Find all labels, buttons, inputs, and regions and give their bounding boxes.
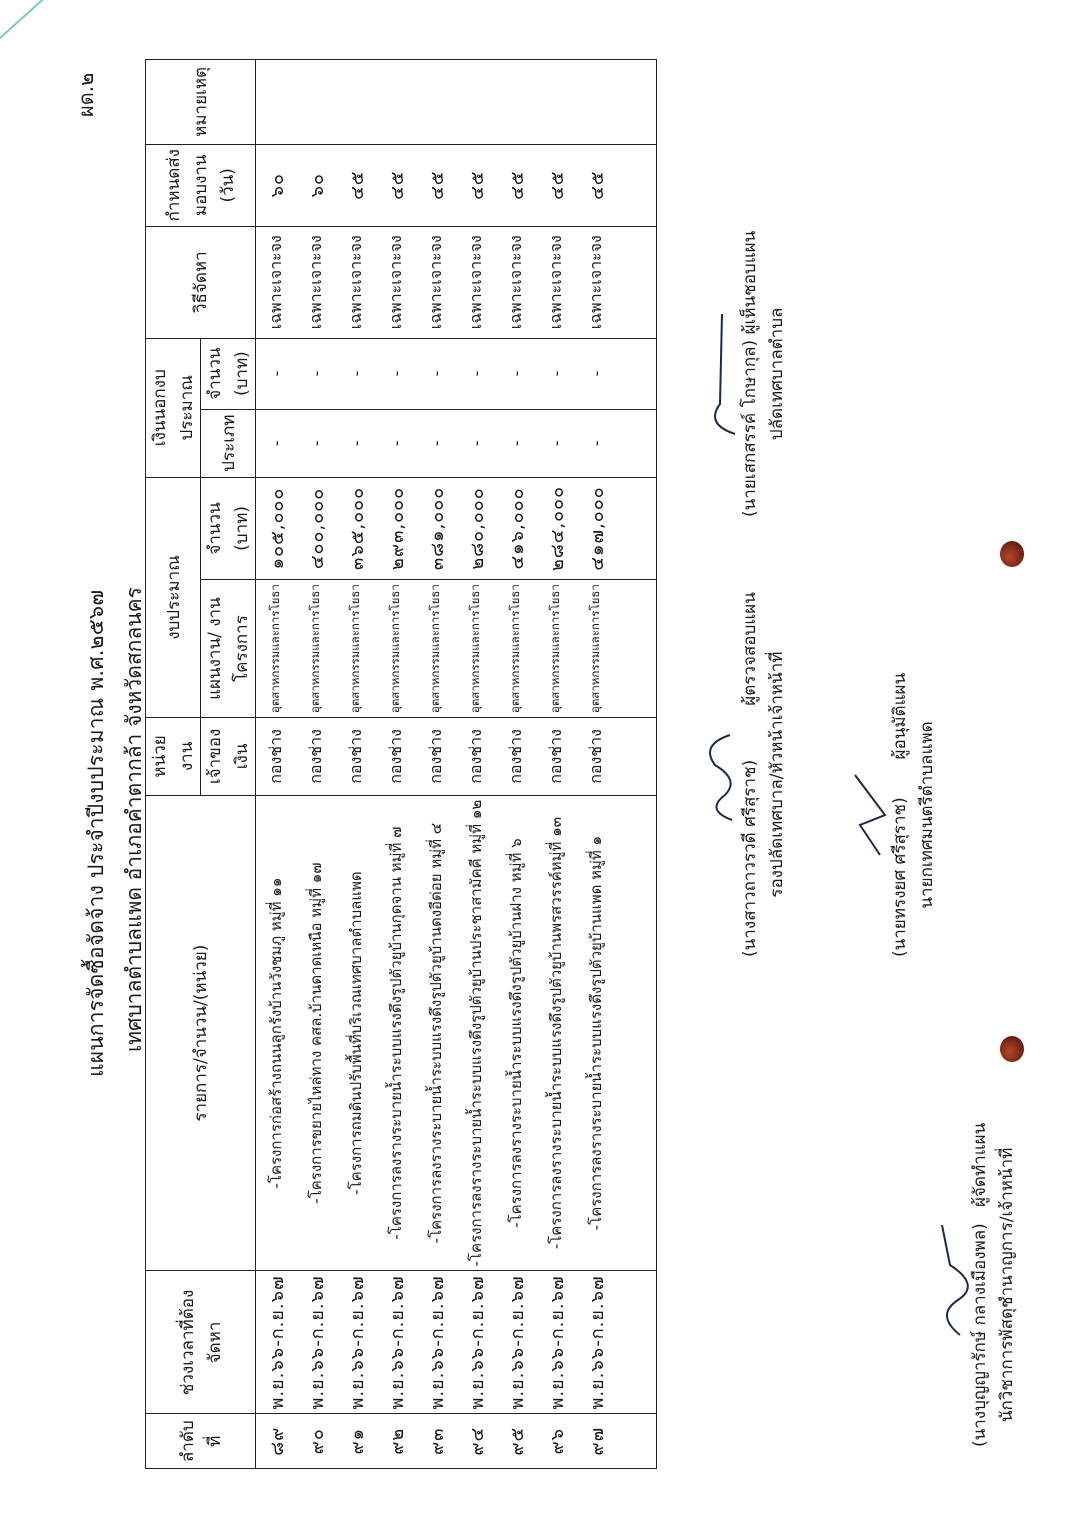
cell-no: ๙๖ [536,1414,576,1469]
cell-method: เฉพาะเจาะจง [376,226,416,338]
header-method: วิธีจัดหา [146,226,256,338]
cell-owner: กองช่าง [296,718,336,796]
cell-item: -โครงการลงรางระบายน้ำระบบแรงดึงรูปตัวยูบ… [456,795,496,1271]
table-row: ๙๕พ.ย.๖๖-ก.ย.๖๗-โครงการลงรางระบายน้ำระบบ… [496,60,536,1469]
cell-plan: อุตสาหกรรมและการโยธา [336,580,376,718]
signature-scribble [930,1123,966,1447]
cell-remark [416,60,456,145]
cell-period: พ.ย.๖๖-ก.ย.๖๗ [496,1271,536,1414]
signature-block-approver-of-plan: (นายเสกสรรค์ โกษากุล) ผู้เห็นชอบแผน ปลัด… [700,231,790,517]
cell-nb-amount: - [256,338,297,409]
cell-nb-amount: - [496,338,536,409]
header-owner: เจ้าของเงิน [201,718,256,796]
signature-scribble [700,592,736,957]
cell-no: ๙๒ [376,1414,416,1469]
header-no: ลำดับที่ [146,1414,256,1469]
cell-remark [576,60,616,145]
cell-amount: ๔๑๖,๐๐๐ [496,477,536,579]
header-remark: หมายเหตุ [146,60,256,145]
cell-owner: กองช่าง [576,718,616,796]
table-row: ๙๗พ.ย.๖๖-ก.ย.๖๗-โครงการลงรางระบายน้ำระบบ… [576,60,616,1469]
cell-remark [536,60,576,145]
cell-owner: กองช่าง [456,718,496,796]
form-code: ผด.๒ [70,73,102,117]
header-period: ช่วงเวลาที่ต้องจัดหา [146,1271,256,1414]
cell-plan: อุตสาหกรรมและการโยธา [536,580,576,718]
cell-no: ๙๓ [416,1414,456,1469]
cell-item: -โครงการลงรางระบายน้ำระบบแรงดึงรูปตัวยูบ… [376,795,416,1271]
cell-period: พ.ย.๖๖-ก.ย.๖๗ [256,1271,297,1414]
cell-nb-amount: - [456,338,496,409]
wax-seal-icon [1000,541,1024,567]
cell-period: พ.ย.๖๖-ก.ย.๖๗ [416,1271,456,1414]
cell-method: เฉพาะเจาะจง [576,226,616,338]
cell-remark [296,60,336,145]
header-type: ประเภท [201,409,256,477]
procurement-table: ลำดับที่ ช่วงเวลาที่ต้องจัดหา รายการ/จำน… [145,59,657,1469]
cell-remark [256,60,297,145]
cell-nb-amount: - [376,338,416,409]
table-row: ๙๒พ.ย.๖๖-ก.ย.๖๗-โครงการลงรางระบายน้ำระบบ… [376,60,416,1469]
signature-scribble [700,231,736,517]
cell-period: พ.ย.๖๖-ก.ย.๖๗ [576,1271,616,1414]
cell-item: -โครงการลงรางระบายน้ำระบบแรงดึงรูปตัวยูบ… [536,795,576,1271]
header-delivery: กำหนดส่งมอบงาน (วัน) [146,144,256,226]
cell-amount: ๒๘๐,๐๐๐ [456,477,496,579]
cell-amount: ๒๘๔,๐๐๐ [536,477,576,579]
cell-item: -โครงการขยายไหล่ทาง คสล.บ้านดาดเหนือ หมู… [296,795,336,1271]
signature-block-reviewer: (นางสาวถาวรวดี ศรีสุราช) ผู้ตรวจสอบแผน ร… [700,592,790,957]
header-budget-group: งบประมาณ [146,477,201,717]
header-item: รายการ/จำนวน/(หน่วย) [146,795,256,1271]
cell-owner: กองช่าง [536,718,576,796]
cell-type: - [496,409,536,477]
cell-item: -โครงการลงรางระบายน้ำระบบแรงดึงรูปตัวยูบ… [416,795,456,1271]
cell-method: เฉพาะเจาะจง [256,226,297,338]
cell-owner: กองช่าง [496,718,536,796]
cell-owner: กองช่าง [336,718,376,796]
cell-plan: อุตสาหกรรมและการโยธา [416,580,456,718]
cell-delivery: ๔๕ [376,144,416,226]
cell-owner: กองช่าง [256,718,297,796]
cell-type: - [536,409,576,477]
cell-amount: ๔๑๗,๐๐๐ [576,477,616,579]
cell-nb-amount: - [416,338,456,409]
table-row: ๙๑พ.ย.๖๖-ก.ย.๖๗-โครงการถมดินปรับพื้นที่บ… [336,60,376,1469]
signature-block-authorizer: (นายทรงยศ ศรีสุราช) ผู้อนุมัติแผน นายกเท… [850,673,940,957]
cell-type: - [296,409,336,477]
cell-nb-amount: - [536,338,576,409]
cell-method: เฉพาะเจาะจง [336,226,376,338]
cell-item: -โครงการก่อสร้างถนนลูกรังบ้านวังชมภู หมู… [256,795,297,1271]
cell-delivery: ๖๐ [256,144,297,226]
cell-delivery: ๔๕ [536,144,576,226]
cell-type: - [416,409,456,477]
table-body: ๘๙พ.ย.๖๖-ก.ย.๖๗-โครงการก่อสร้างถนนลูกรัง… [256,60,657,1469]
table-row: ๙๖พ.ย.๖๖-ก.ย.๖๗-โครงการลงรางระบายน้ำระบบ… [536,60,576,1469]
table-row-empty [616,60,657,1469]
cell-delivery: ๔๕ [456,144,496,226]
cell-period: พ.ย.๖๖-ก.ย.๖๗ [456,1271,496,1414]
cell-delivery: ๖๐ [296,144,336,226]
cell-remark [496,60,536,145]
cell-plan: อุตสาหกรรมและการโยธา [456,580,496,718]
cell-owner: กองช่าง [376,718,416,796]
cell-no: ๙๑ [336,1414,376,1469]
cell-item: -โครงการถมดินปรับพื้นที่บริเวณเทศบาลตำบล… [336,795,376,1271]
cell-delivery: ๔๕ [576,144,616,226]
cell-plan: อุตสาหกรรมและการโยธา [576,580,616,718]
cell-plan: อุตสาหกรรมและการโยธา [376,580,416,718]
cell-owner: กองช่าง [416,718,456,796]
cell-remark [376,60,416,145]
cell-no: ๙๐ [296,1414,336,1469]
table-row: ๙๐พ.ย.๖๖-ก.ย.๖๗-โครงการขยายไหล่ทาง คสล.บ… [296,60,336,1469]
table-row: ๙๔พ.ย.๖๖-ก.ย.๖๗-โครงการลงรางระบายน้ำระบบ… [456,60,496,1469]
cell-type: - [256,409,297,477]
header-plan: แผนงาน/ งานโครงการ [201,580,256,718]
cell-amount: ๓๘๑,๐๐๐ [416,477,456,579]
cell-type: - [336,409,376,477]
cell-method: เฉพาะเจาะจง [536,226,576,338]
cell-item: -โครงการลงรางระบายน้ำระบบแรงดึงรูปตัวยูบ… [576,795,616,1271]
cell-delivery: ๔๕ [496,144,536,226]
cell-method: เฉพาะเจาะจง [296,226,336,338]
cell-method: เฉพาะเจาะจง [496,226,536,338]
cell-item: -โครงการลงรางระบายน้ำระบบแรงดึงรูปตัวยูบ… [496,795,536,1271]
wax-seal-icon [1000,1036,1024,1062]
cell-remark [456,60,496,145]
cell-period: พ.ย.๖๖-ก.ย.๖๗ [296,1271,336,1414]
header-nb-amount: จำนวน (บาท) [201,338,256,409]
header-nonbudget-group: เงินนอกงบประมาณ [146,338,201,477]
cell-nb-amount: - [296,338,336,409]
cell-plan: อุตสาหกรรมและการโยธา [256,580,297,718]
cell-type: - [376,409,416,477]
cell-amount: ๔๐๐,๐๐๐ [296,477,336,579]
cell-no: ๘๙ [256,1414,297,1469]
document-title: แผนการจัดซื้อจัดจ้าง ประจำปีงบประมาณ พ.ศ… [80,590,113,1077]
cell-plan: อุตสาหกรรมและการโยธา [496,580,536,718]
cell-amount: ๓๖๕,๐๐๐ [336,477,376,579]
cell-period: พ.ย.๖๖-ก.ย.๖๗ [336,1271,376,1414]
signature-scribble [850,673,886,957]
header-amount: จำนวน (บาท) [201,477,256,579]
cell-method: เฉพาะเจาะจง [456,226,496,338]
header-unit-group: หน่วยงาน [146,718,201,796]
cell-amount: ๑๐๕,๐๐๐ [256,477,297,579]
cell-type: - [576,409,616,477]
cell-nb-amount: - [336,338,376,409]
signature-block-preparer: (นางบุญญารักษ์ กลางเมืองพล) ผู้จัดทำแผน … [930,1123,1020,1447]
cell-nb-amount: - [576,338,616,409]
cell-amount: ๒๙๓,๐๐๐ [376,477,416,579]
cell-type: - [456,409,496,477]
procurement-plan-page: ผด.๒ แผนการจัดซื้อจัดจ้าง ประจำปีงบประมา… [0,0,1079,1517]
cell-no: ๙๗ [576,1414,616,1469]
table-row: ๙๓พ.ย.๖๖-ก.ย.๖๗-โครงการลงรางระบายน้ำระบบ… [416,60,456,1469]
cell-period: พ.ย.๖๖-ก.ย.๖๗ [536,1271,576,1414]
cell-no: ๙๔ [456,1414,496,1469]
cell-remark [336,60,376,145]
cell-period: พ.ย.๖๖-ก.ย.๖๗ [376,1271,416,1414]
cell-plan: อุตสาหกรรมและการโยธา [296,580,336,718]
cell-delivery: ๔๕ [416,144,456,226]
cell-delivery: ๔๕ [336,144,376,226]
table-row: ๘๙พ.ย.๖๖-ก.ย.๖๗-โครงการก่อสร้างถนนลูกรัง… [256,60,297,1469]
cell-method: เฉพาะเจาะจง [416,226,456,338]
cell-no: ๙๕ [496,1414,536,1469]
